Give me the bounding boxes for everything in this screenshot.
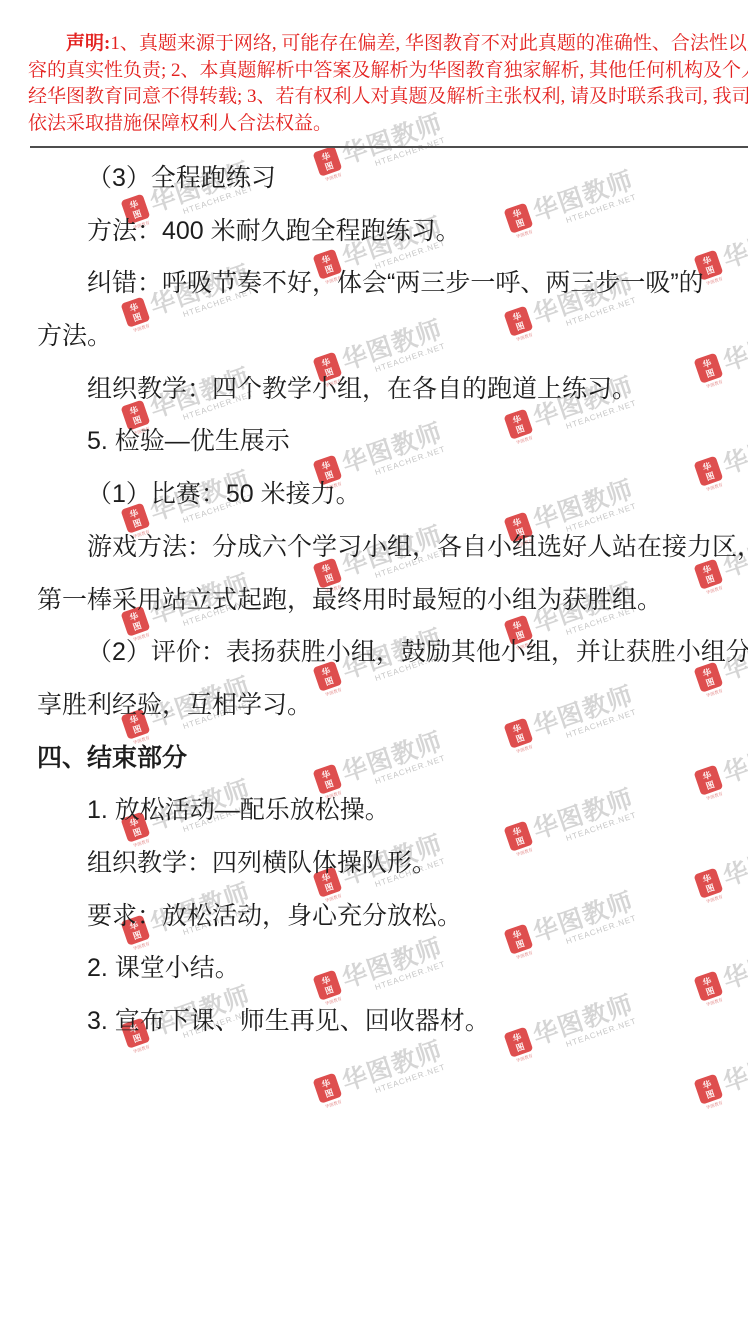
huatu-logo-glyph: 图 — [323, 1087, 334, 1099]
disclaimer-line: 经华图教育同意不得转载; 3、若有权利人对真题及解析主张权利, 请及时联系我司,… — [28, 84, 746, 111]
document-line: 第一棒采用站立式起跑，最终用时最短的小组为获胜组。 — [37, 574, 738, 627]
disclaimer-label: 声明: — [66, 33, 110, 54]
disclaimer-line: 声明:1、真题来源于网络, 可能存在偏差, 华图教育不对此真题的准确性、合法性以… — [28, 31, 746, 58]
document-line: 组织教学：四列横队体操队形。 — [37, 837, 738, 890]
document-line: （2）评价：表扬获胜小组，鼓励其他小组，并让获胜小组分 — [37, 626, 738, 679]
document-line: 游戏方法：分成六个学习小组，各自小组选好人站在接力区， — [37, 521, 738, 574]
watermark-domain-text: HTEACHER.NET — [728, 1063, 748, 1105]
document-line: 1. 放松活动—配乐放松操。 — [37, 784, 738, 837]
document-line: 方法：400 米耐久跑全程跑练习。 — [37, 205, 738, 258]
disclaimer-line: 容的真实性负责; 2、本真题解析中答案及解析为华图教育独家解析, 其他任何机构及… — [28, 58, 746, 85]
huatu-logo-caption: 华图教育 — [324, 1098, 342, 1110]
huatu-logo-glyph: 华 — [320, 1078, 331, 1090]
disclaimer-line: 依法采取措施保障权利人合法权益。 — [28, 111, 746, 138]
huatu-logo-caption: 华图教育 — [705, 1099, 723, 1111]
section-divider — [30, 146, 748, 148]
huatu-logo-glyph: 华 — [701, 1079, 712, 1091]
huatu-logo-glyph: 图 — [704, 1088, 715, 1100]
watermark: 华图华图教育华图教师HTEACHER.NET — [693, 1038, 748, 1114]
watermark-domain-text: HTEACHER.NET — [347, 1062, 448, 1104]
document-body: （3）全程跑练习方法：400 米耐久跑全程跑练习。纠错：呼吸节奏不好，体会“两三… — [37, 152, 738, 1048]
document-line: 2. 课堂小结。 — [37, 942, 738, 995]
huatu-logo-box: 华图 — [693, 1074, 723, 1105]
document-line: 5. 检验—优生展示 — [37, 415, 738, 468]
watermark: 华图华图教育华图教师HTEACHER.NET — [312, 1037, 448, 1113]
document-line: 要求：放松活动，身心充分放松。 — [37, 890, 738, 943]
huatu-logo-box: 华图 — [312, 1073, 342, 1104]
document-line: 纠错：呼吸节奏不好，体会“两三步一呼、两三步一吸”的 — [37, 257, 738, 310]
document-line: 组织教学：四个教学小组，在各自的跑道上练习。 — [37, 363, 738, 416]
document-page: 华图华图教育华图教师HTEACHER.NET华图华图教育华图教师HTEACHER… — [0, 0, 748, 1335]
document-line: （1）比赛：50 米接力。 — [37, 468, 738, 521]
huatu-logo-caption: 华图教育 — [515, 1052, 533, 1064]
section-heading: 四、结束部分 — [37, 732, 738, 785]
disclaimer: 声明:1、真题来源于网络, 可能存在偏差, 华图教育不对此真题的准确性、合法性以… — [28, 31, 746, 137]
document-line: （3）全程跑练习 — [37, 152, 738, 205]
document-line: 方法。 — [37, 310, 738, 363]
document-line: 享胜利经验，互相学习。 — [37, 679, 738, 732]
huatu-logo-icon: 华图华图教育 — [693, 1073, 727, 1114]
document-line: 3. 宣布下课、师生再见、回收器材。 — [37, 995, 738, 1048]
huatu-logo-icon: 华图华图教育 — [312, 1072, 346, 1113]
